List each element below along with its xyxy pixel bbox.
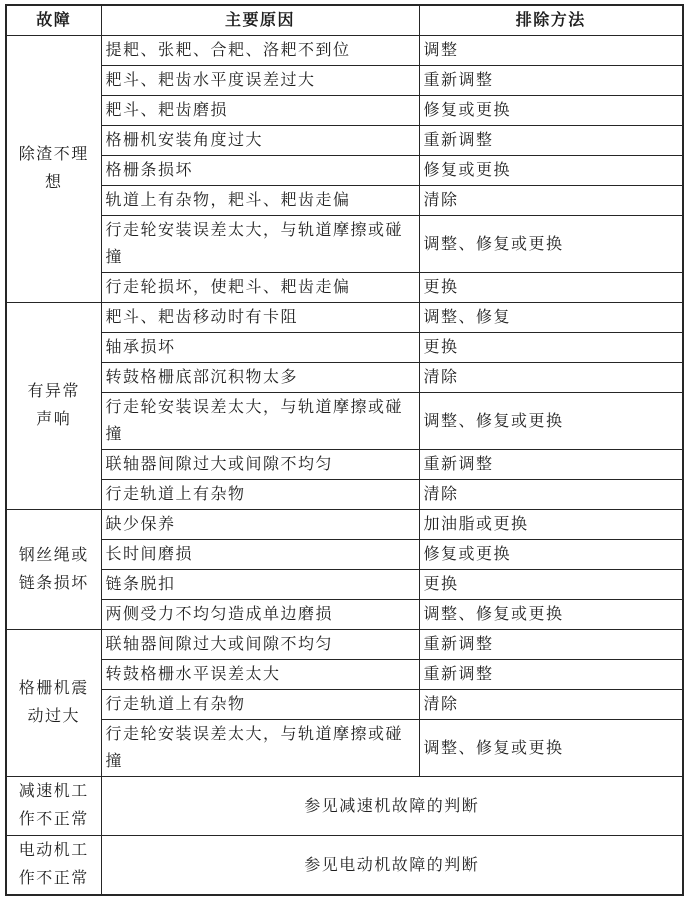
- cause-cell: 链条脱扣: [101, 570, 419, 600]
- remedy-cell: 调整: [419, 36, 683, 66]
- table-row: 钢丝绳或 链条损坏缺少保养加油脂或更换: [6, 510, 683, 540]
- table-row: 两侧受力不均匀造成单边磨损调整、修复或更换: [6, 600, 683, 630]
- cause-cell: 长时间磨损: [101, 540, 419, 570]
- cause-cell: 行走轮损坏，使耙斗、耙齿走偏: [101, 273, 419, 303]
- cause-cell: 行走轨道上有杂物: [101, 690, 419, 720]
- remedy-cell: 更换: [419, 570, 683, 600]
- remedy-cell: 修复或更换: [419, 540, 683, 570]
- remedy-cell: 调整、修复或更换: [419, 216, 683, 273]
- remedy-cell: 修复或更换: [419, 156, 683, 186]
- header-row: 故障 主要原因 排除方法: [6, 5, 683, 36]
- cause-cell: 转鼓格栅底部沉积物太多: [101, 363, 419, 393]
- table-row: 轴承损坏更换: [6, 333, 683, 363]
- cause-cell: 联轴器间隙过大或间隙不均匀: [101, 450, 419, 480]
- table-row: 电动机工 作不正常参见电动机故障的判断: [6, 836, 683, 896]
- fault-cell: 除渣不理 想: [6, 36, 101, 303]
- remedy-cell: 修复或更换: [419, 96, 683, 126]
- table-row: 转鼓格栅底部沉积物太多清除: [6, 363, 683, 393]
- table-row: 长时间磨损修复或更换: [6, 540, 683, 570]
- remedy-cell: 重新调整: [419, 66, 683, 96]
- fault-cell: 电动机工 作不正常: [6, 836, 101, 896]
- cause-cell: 轨道上有杂物，耙斗、耙齿走偏: [101, 186, 419, 216]
- cause-cell: 格栅机安装角度过大: [101, 126, 419, 156]
- cause-cell: 耙斗、耙齿磨损: [101, 96, 419, 126]
- fault-cell: 格栅机震 动过大: [6, 630, 101, 777]
- remedy-cell: 清除: [419, 480, 683, 510]
- table-row: 转鼓格栅水平误差太大重新调整: [6, 660, 683, 690]
- remedy-cell: 清除: [419, 363, 683, 393]
- table-row: 除渣不理 想提耙、张耙、合耙、洛耙不到位调整: [6, 36, 683, 66]
- cause-cell: 行走轮安装误差太大，与轨道摩擦或碰撞: [101, 393, 419, 450]
- table-row: 行走轮安装误差太大，与轨道摩擦或碰撞调整、修复或更换: [6, 216, 683, 273]
- cause-cell: 两侧受力不均匀造成单边磨损: [101, 600, 419, 630]
- table-row: 减速机工 作不正常参见减速机故障的判断: [6, 777, 683, 836]
- document-page: 故障 主要原因 排除方法 除渣不理 想提耙、张耙、合耙、洛耙不到位调整耙斗、耙齿…: [0, 0, 687, 896]
- table-row: 链条脱扣更换: [6, 570, 683, 600]
- cause-cell: 行走轮安装误差太大，与轨道摩擦或碰撞: [101, 216, 419, 273]
- remedy-cell: 重新调整: [419, 126, 683, 156]
- header-cell-remedy: 排除方法: [419, 5, 683, 36]
- table-row: 联轴器间隙过大或间隙不均匀重新调整: [6, 450, 683, 480]
- table-row: 行走轮安装误差太大，与轨道摩擦或碰撞调整、修复或更换: [6, 720, 683, 777]
- fault-cell: 钢丝绳或 链条损坏: [6, 510, 101, 630]
- table-row: 格栅机安装角度过大重新调整: [6, 126, 683, 156]
- cause-cell: 轴承损坏: [101, 333, 419, 363]
- cause-cell: 行走轮安装误差太大，与轨道摩擦或碰撞: [101, 720, 419, 777]
- table-row: 行走轮安装误差太大，与轨道摩擦或碰撞调整、修复或更换: [6, 393, 683, 450]
- table-row: 耙斗、耙齿磨损修复或更换: [6, 96, 683, 126]
- fault-cell: 有异常 声响: [6, 303, 101, 510]
- cause-cell: 联轴器间隙过大或间隙不均匀: [101, 630, 419, 660]
- remedy-cell: 更换: [419, 333, 683, 363]
- fault-cell: 减速机工 作不正常: [6, 777, 101, 836]
- table-row: 格栅机震 动过大联轴器间隙过大或间隙不均匀重新调整: [6, 630, 683, 660]
- remedy-cell: 清除: [419, 186, 683, 216]
- remedy-cell: 调整、修复或更换: [419, 720, 683, 777]
- table-row: 耙斗、耙齿水平度误差过大重新调整: [6, 66, 683, 96]
- header-cell-cause: 主要原因: [101, 5, 419, 36]
- cause-cell: 提耙、张耙、合耙、洛耙不到位: [101, 36, 419, 66]
- remedy-cell: 重新调整: [419, 630, 683, 660]
- cause-cell: 格栅条损坏: [101, 156, 419, 186]
- cause-cell: 耙斗、耙齿移动时有卡阻: [101, 303, 419, 333]
- table-row: 轨道上有杂物，耙斗、耙齿走偏清除: [6, 186, 683, 216]
- cause-cell: 行走轨道上有杂物: [101, 480, 419, 510]
- fault-troubleshooting-table: 故障 主要原因 排除方法 除渣不理 想提耙、张耙、合耙、洛耙不到位调整耙斗、耙齿…: [5, 4, 684, 896]
- table-row: 格栅条损坏修复或更换: [6, 156, 683, 186]
- remedy-cell: 更换: [419, 273, 683, 303]
- table-row: 行走轨道上有杂物清除: [6, 480, 683, 510]
- cause-cell: 缺少保养: [101, 510, 419, 540]
- remedy-cell: 重新调整: [419, 660, 683, 690]
- table-row: 有异常 声响耙斗、耙齿移动时有卡阻调整、修复: [6, 303, 683, 333]
- table-row: 行走轨道上有杂物清除: [6, 690, 683, 720]
- remedy-cell: 重新调整: [419, 450, 683, 480]
- remedy-cell: 调整、修复或更换: [419, 600, 683, 630]
- cause-cell: 转鼓格栅水平误差太大: [101, 660, 419, 690]
- table-row: 行走轮损坏，使耙斗、耙齿走偏更换: [6, 273, 683, 303]
- header-cell-fault: 故障: [6, 5, 101, 36]
- remedy-cell: 调整、修复: [419, 303, 683, 333]
- remedy-cell: 清除: [419, 690, 683, 720]
- note-cell: 参见减速机故障的判断: [101, 777, 683, 836]
- remedy-cell: 加油脂或更换: [419, 510, 683, 540]
- note-cell: 参见电动机故障的判断: [101, 836, 683, 896]
- cause-cell: 耙斗、耙齿水平度误差过大: [101, 66, 419, 96]
- remedy-cell: 调整、修复或更换: [419, 393, 683, 450]
